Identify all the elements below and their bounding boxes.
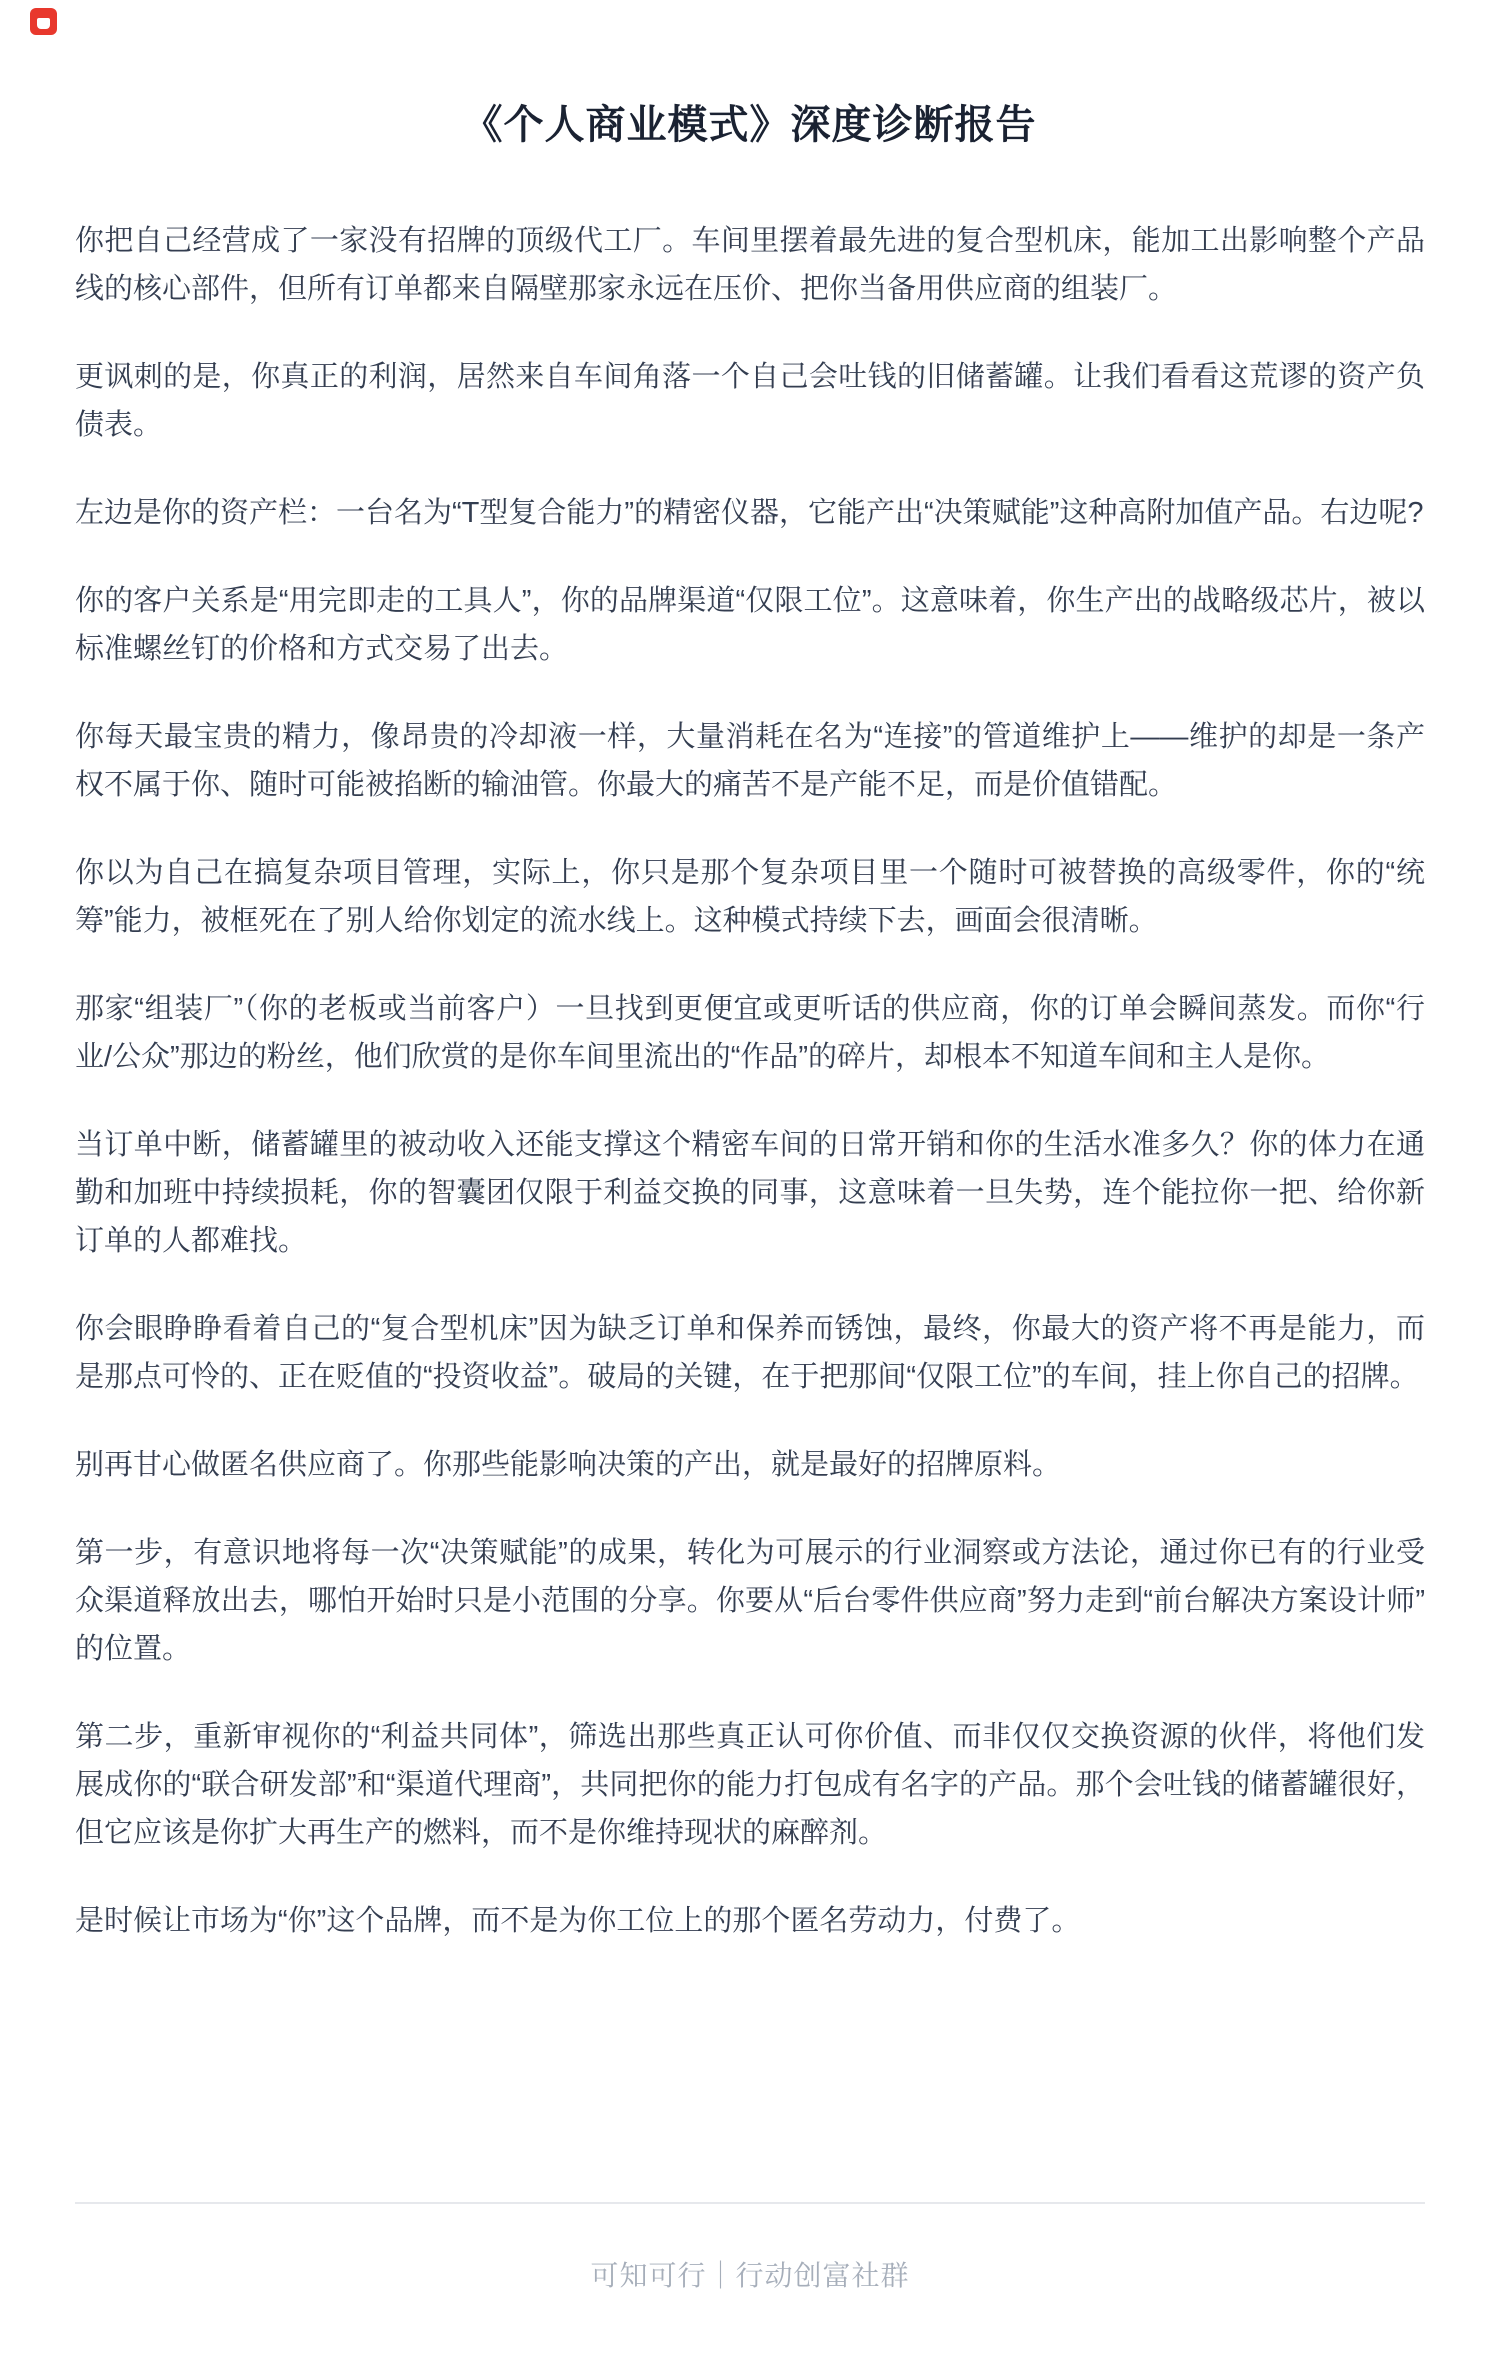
- paragraph-9: 你会眼睁睁看着自己的“复合型机床”因为缺乏订单和保养而锈蚀，最终，你最大的资产将…: [75, 1305, 1425, 1401]
- footer: 可知可行｜行动创富社群: [75, 2202, 1425, 2294]
- paragraph-6: 你以为自己在搞复杂项目管理，实际上，你只是那个复杂项目里一个随时可被替换的高级零…: [75, 849, 1425, 945]
- paragraph-4: 你的客户关系是“用完即走的工具人”，你的品牌渠道“仅限工位”。这意味着，你生产出…: [75, 577, 1425, 673]
- paragraph-1: 你把自己经营成了一家没有招牌的顶级代工厂。车间里摆着最先进的复合型机床，能加工出…: [75, 217, 1425, 313]
- paragraph-7: 那家“组装厂”（你的老板或当前客户）一旦找到更便宜或更听话的供应商，你的订单会瞬…: [75, 985, 1425, 1081]
- paragraph-5: 你每天最宝贵的精力，像昂贵的冷却液一样，大量消耗在名为“连接”的管道维护上——维…: [75, 713, 1425, 809]
- report-body: 你把自己经营成了一家没有招牌的顶级代工厂。车间里摆着最先进的复合型机床，能加工出…: [75, 217, 1425, 1945]
- paragraph-12: 第二步，重新审视你的“利益共同体”，筛选出那些真正认可你价值、而非仅仅交换资源的…: [75, 1713, 1425, 1857]
- paragraph-10: 别再甘心做匿名供应商了。你那些能影响决策的产出，就是最好的招牌原料。: [75, 1441, 1425, 1489]
- footer-divider: [75, 2202, 1425, 2204]
- report-title: 《个人商业模式》深度诊断报告: [0, 0, 1499, 153]
- paragraph-8: 当订单中断，储蓄罐里的被动收入还能支撑这个精密车间的日常开销和你的生活水准多久？…: [75, 1121, 1425, 1265]
- paragraph-2: 更讽刺的是，你真正的利润，居然来自车间角落一个自己会吐钱的旧储蓄罐。让我们看看这…: [75, 353, 1425, 449]
- red-app-logo-icon: [30, 8, 57, 35]
- paragraph-13: 是时候让市场为“你”这个品牌，而不是为你工位上的那个匿名劳动力，付费了。: [75, 1897, 1425, 1945]
- logo-glyph-icon: [37, 18, 50, 29]
- paragraph-11: 第一步，有意识地将每一次“决策赋能”的成果，转化为可展示的行业洞察或方法论，通过…: [75, 1529, 1425, 1673]
- paragraph-3: 左边是你的资产栏：一台名为“T型复合能力”的精密仪器，它能产出“决策赋能”这种高…: [75, 489, 1425, 537]
- footer-brand: 可知可行｜行动创富社群: [75, 2258, 1425, 2294]
- report-page: 《个人商业模式》深度诊断报告 你把自己经营成了一家没有招牌的顶级代工厂。车间里摆…: [0, 0, 1499, 2366]
